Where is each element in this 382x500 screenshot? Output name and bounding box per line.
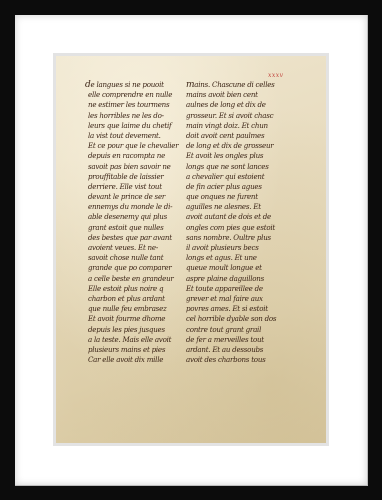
manuscript-line: elle comprendre en nulle [85,90,178,100]
manuscript-line: de long et dix de grosseur [186,141,276,151]
manuscript-line: aguilles ne alesnes. Et [186,202,276,212]
manuscript-line: grever et mal faire aux [186,294,276,304]
manuscript-line: de langues si ne pouoit [85,80,178,90]
manuscript-line: depuis en racompta ne [85,151,178,161]
manuscript-line: ennemys du monde le di- [85,202,178,212]
manuscript-line: grant estoit que nulles [85,223,178,233]
manuscript-line: Et avoit les ongles plus [186,151,276,161]
manuscript-line: a chevalier qui estoient [186,172,276,182]
manuscript-line: mains. Chascune di celles [186,80,276,90]
manuscript-line: devant le prince de ser [85,192,178,202]
text-column-right: mains. Chascune di cellesmains avoit bie… [186,80,276,365]
manuscript-line: grosseur. Et si avoit chasc [186,111,276,121]
manuscript-line: leurs que laime du chetif [85,121,178,131]
manuscript-line: des bestes que par avant [85,233,178,243]
manuscript-line: de fin acier plus agues [186,182,276,192]
manuscript-line: Et toute appareillee de [186,284,276,294]
manuscript-line: avoit des charbons tous [186,355,276,365]
manuscript-line: ongles com pies que estoit [186,223,276,233]
manuscript-line: doit avoit cent paulmes [186,131,276,141]
manuscript-page: xxxv de langues si ne pouoitelle compren… [56,56,326,443]
manuscript-line: ne estimer les tourmens [85,100,178,110]
manuscript-line: a la teste. Mais elle avoit [85,335,178,345]
manuscript-line: povres ames. Et si estoit [186,304,276,314]
manuscript-line: mains avoit bien cent [186,90,276,100]
manuscript-line: de fer a merveilles tout [186,335,276,345]
manuscript-line: cel horrible dyable son dos [186,314,276,324]
folio-number: xxxv [268,72,284,79]
manuscript-line: les horribles ne les do- [85,111,178,121]
manuscript-line: able desenemy qui plus [85,212,178,222]
manuscript-line: longs que ne sont lances [186,162,276,172]
manuscript-line: longs et agus. Et une [186,253,276,263]
manuscript-line: savoit chose nulle tant [85,253,178,263]
manuscript-line: aspre plaine daguillons [186,274,276,284]
manuscript-line: la vist tout devement. [85,131,178,141]
manuscript-line: que onques ne furent [186,192,276,202]
manuscript-line: plusieurs mains et pies [85,345,178,355]
manuscript-line: que nulle feu embrasez [85,304,178,314]
manuscript-line: derriere. Elle vist tout [85,182,178,192]
manuscript-line: savoit pas bien savoir ne [85,162,178,172]
manuscript-line: depuis les pies jusques [85,325,178,335]
manuscript-line: a celle beste en grandeur [85,274,178,284]
manuscript-line: aulnes de long et dix de [186,100,276,110]
manuscript-line: ardant. Et au dessoubs [186,345,276,355]
manuscript-line: contre tout grant grail [186,325,276,335]
manuscript-line: Elle estoit plus noire q [85,284,178,294]
manuscript-line: queue moult longue et [186,263,276,273]
manuscript-line: Et ce pour que le chevalier [85,141,178,151]
manuscript-line: Car elle avoit dix mille [85,355,178,365]
manuscript-line: il avoit plusieurs becs [186,243,276,253]
manuscript-line: Et avoit fourme dhome [85,314,178,324]
manuscript-line: charbon et plus ardant [85,294,178,304]
manuscript-line: grande que po comparer [85,263,178,273]
manuscript-line: avoient veues. Et ne- [85,243,178,253]
manuscript-line: avoit autant de dois et de [186,212,276,222]
manuscript-line: main vingt doiz. Et chun [186,121,276,131]
manuscript-line: prouffitable de laissier [85,172,178,182]
manuscript-line: sans nombre. Oultre plus [186,233,276,243]
text-column-left: de langues si ne pouoitelle comprendre e… [85,80,178,365]
